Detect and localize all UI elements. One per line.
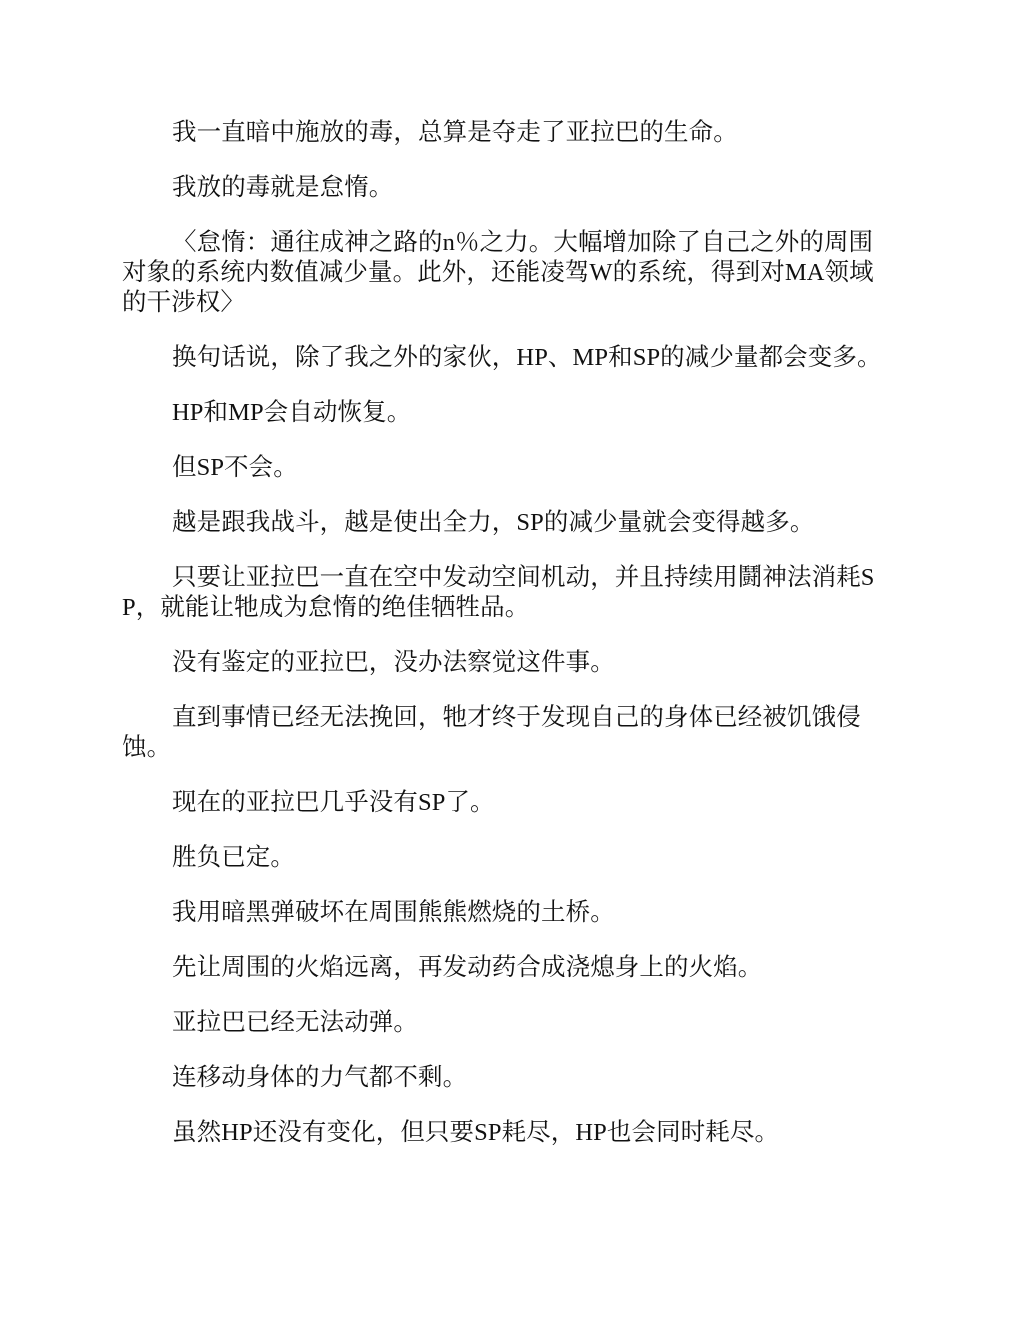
paragraph: 〈怠惰：通往成神之路的n％之力。大幅增加除了自己之外的周围对象的系统内数值减少量… [122, 228, 888, 318]
paragraph: 胜负已定。 [122, 843, 888, 873]
paragraph: 没有鉴定的亚拉巴，没办法察觉这件事。 [122, 648, 888, 678]
paragraph: 我一直暗中施放的毒，总算是夺走了亚拉巴的生命。 [122, 118, 888, 148]
paragraph: 直到事情已经无法挽回，牠才终于发现自己的身体已经被饥饿侵蚀。 [122, 703, 888, 763]
document-page: 我一直暗中施放的毒，总算是夺走了亚拉巴的生命。 我放的毒就是怠惰。 〈怠惰：通往… [122, 118, 888, 1173]
paragraph: 连移动身体的力气都不剩。 [122, 1063, 888, 1093]
paragraph: 换句话说，除了我之外的家伙，HP、MP和SP的减少量都会变多。 [122, 343, 888, 373]
paragraph: 我放的毒就是怠惰。 [122, 173, 888, 203]
paragraph: 先让周围的火焰远离，再发动药合成浇熄身上的火焰。 [122, 953, 888, 983]
paragraph: 只要让亚拉巴一直在空中发动空间机动，并且持续用鬪神法消耗SP，就能让牠成为怠惰的… [122, 563, 888, 623]
paragraph: 我用暗黑弹破坏在周围熊熊燃烧的土桥。 [122, 898, 888, 928]
paragraph: 越是跟我战斗，越是使出全力，SP的减少量就会变得越多。 [122, 508, 888, 538]
paragraph: 亚拉巴已经无法动弹。 [122, 1008, 888, 1038]
paragraph: 虽然HP还没有变化，但只要SP耗尽，HP也会同时耗尽。 [122, 1118, 888, 1148]
paragraph: HP和MP会自动恢复。 [122, 398, 888, 428]
paragraph: 现在的亚拉巴几乎没有SP了。 [122, 788, 888, 818]
paragraph: 但SP不会。 [122, 453, 888, 483]
